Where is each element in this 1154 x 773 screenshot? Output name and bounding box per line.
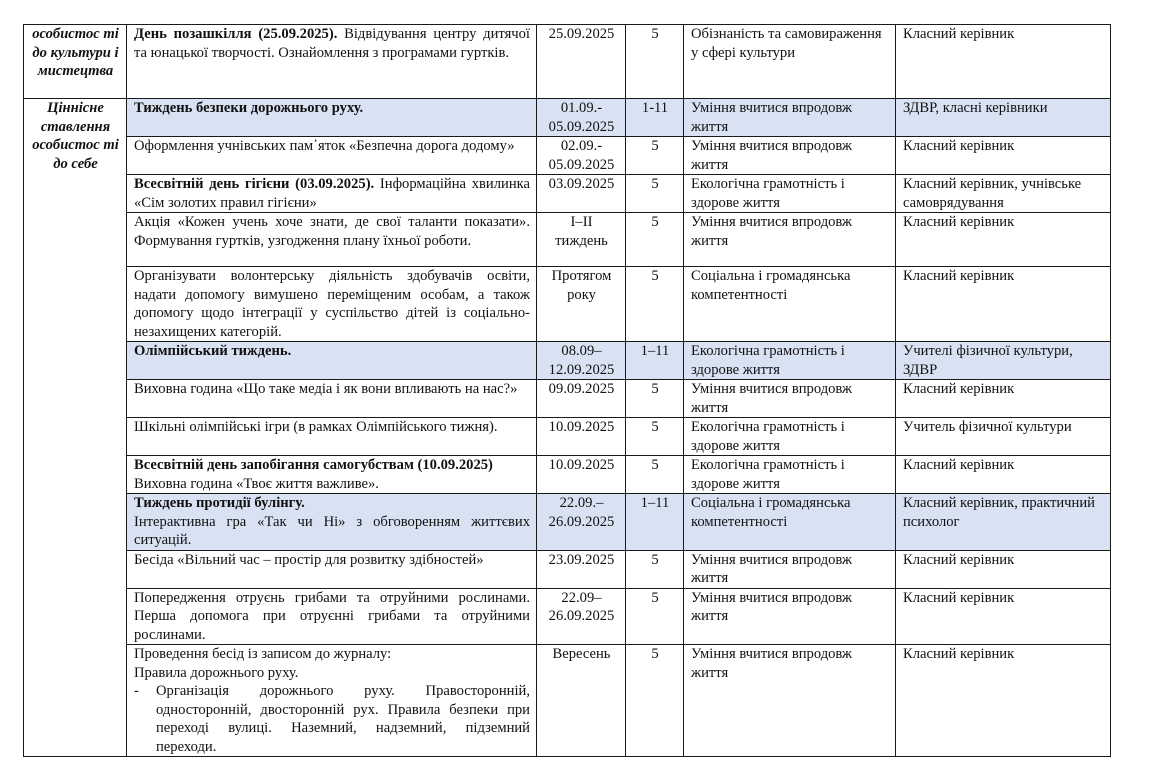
date-cell: 02.09.- 05.09.2025	[537, 137, 626, 175]
table-row: Олімпійський тиждень.08.09– 12.09.20251–…	[24, 342, 1111, 380]
event-text: Акція «Кожен учень хоче знати, де свої т…	[134, 214, 530, 249]
event-text: Попередження отруєнь грибами та отруйним…	[134, 590, 530, 643]
date-cell: 01.09.- 05.09.2025	[537, 99, 626, 137]
event-text: Виховна година «Що таке медіа і як вони …	[134, 381, 517, 397]
event-title: Олімпійський тиждень.	[134, 343, 291, 359]
event-subitem: -Організація дорожнього руху. Правосторо…	[134, 682, 530, 756]
grade-cell: 5	[626, 550, 684, 588]
date-cell: 10.09.2025	[537, 456, 626, 494]
grade-cell: 5	[626, 418, 684, 456]
competence-cell: Екологічна грамотність і здорове життя	[684, 342, 896, 380]
event-cell: Проведення бесід із записом до журналу:П…	[127, 645, 537, 757]
competence-cell: Уміння вчитися впродовж життя	[684, 588, 896, 645]
event-title: Всесвітній день гігієни (03.09.2025).	[134, 176, 374, 192]
competence-cell: Обізнаність та самовираження у сфері кул…	[684, 25, 896, 99]
date-cell: Протягом року	[537, 267, 626, 342]
competence-cell: Уміння вчитися впродовж життя	[684, 550, 896, 588]
table-row: Тиждень протидії булінгу.Інтерактивна гр…	[24, 494, 1111, 551]
date-cell: 08.09– 12.09.2025	[537, 342, 626, 380]
grade-cell: 1–11	[626, 494, 684, 551]
competence-cell: Уміння вчитися впродовж життя	[684, 213, 896, 267]
table-row: Шкільні олімпійські ігри (в рамках Олімп…	[24, 418, 1111, 456]
responsible-cell: Класний керівник	[896, 588, 1111, 645]
table-row: Проведення бесід із записом до журналу:П…	[24, 645, 1111, 757]
date-cell: 23.09.2025	[537, 550, 626, 588]
responsible-cell: Класний керівник	[896, 25, 1111, 99]
grade-cell: 5	[626, 267, 684, 342]
table-row: Оформлення учнівських пам᾿яток «Безпечна…	[24, 137, 1111, 175]
event-title: Тиждень безпеки дорожнього руху.	[134, 100, 363, 116]
category-cell: Ціннісне ставлення особистос ті до себе	[24, 99, 127, 757]
event-cell: День позашкілля (25.09.2025). Відвідуван…	[127, 25, 537, 99]
responsible-cell: Класний керівник	[896, 213, 1111, 267]
event-text: Шкільні олімпійські ігри (в рамках Олімп…	[134, 419, 498, 435]
event-text: Організувати волонтерську діяльність здо…	[134, 268, 530, 340]
event-cell: Шкільні олімпійські ігри (в рамках Олімп…	[127, 418, 537, 456]
dash-bullet: -	[134, 682, 156, 701]
competence-cell: Екологічна грамотність і здорове життя	[684, 456, 896, 494]
grade-cell: 5	[626, 213, 684, 267]
responsible-cell: Класний керівник, практичний психолог	[896, 494, 1111, 551]
event-cell: Попередження отруєнь грибами та отруйним…	[127, 588, 537, 645]
grade-cell: 1-11	[626, 99, 684, 137]
grade-cell: 5	[626, 175, 684, 213]
event-title: Всесвітній день запобігання самогубствам…	[134, 457, 493, 473]
event-text: Інтерактивна гра «Так чи Ні» з обговорен…	[134, 514, 530, 549]
table-row: Акція «Кожен учень хоче знати, де свої т…	[24, 213, 1111, 267]
date-cell: 25.09.2025	[537, 25, 626, 99]
competence-cell: Уміння вчитися впродовж життя	[684, 645, 896, 757]
table-row: Всесвітній день запобігання самогубствам…	[24, 456, 1111, 494]
competence-cell: Соціальна і громадянська компетентності	[684, 494, 896, 551]
grade-cell: 5	[626, 588, 684, 645]
competence-cell: Уміння вчитися впродовж життя	[684, 380, 896, 418]
event-cell: Тиждень протидії булінгу.Інтерактивна гр…	[127, 494, 537, 551]
event-cell: Тиждень безпеки дорожнього руху.	[127, 99, 537, 137]
date-cell: 03.09.2025	[537, 175, 626, 213]
responsible-cell: ЗДВР, класні керівники	[896, 99, 1111, 137]
table-row: Бесіда «Вільний час – простір для розвит…	[24, 550, 1111, 588]
responsible-cell: Класний керівник	[896, 645, 1111, 757]
event-text: Проведення бесід із записом до журналу:	[134, 646, 391, 662]
event-cell: Оформлення учнівських пам᾿яток «Безпечна…	[127, 137, 537, 175]
grade-cell: 1–11	[626, 342, 684, 380]
responsible-cell: Класний керівник	[896, 137, 1111, 175]
event-cell: Організувати волонтерську діяльність здо…	[127, 267, 537, 342]
table-row: Виховна година «Що таке медіа і як вони …	[24, 380, 1111, 418]
event-text: Виховна година «Твоє життя важливе».	[134, 476, 379, 492]
education-plan-table: особистос ті до культури і мистецтваДень…	[23, 24, 1111, 757]
category-cell: особистос ті до культури і мистецтва	[24, 25, 127, 99]
responsible-cell: Учителі фізичної культури, ЗДВР	[896, 342, 1111, 380]
event-cell: Виховна година «Що таке медіа і як вони …	[127, 380, 537, 418]
date-cell: Вересень	[537, 645, 626, 757]
grade-cell: 5	[626, 137, 684, 175]
event-title: Тиждень протидії булінгу.	[134, 495, 305, 511]
event-text: Оформлення учнівських пам᾿яток «Безпечна…	[134, 138, 515, 154]
table-row: Ціннісне ставлення особистос ті до себеТ…	[24, 99, 1111, 137]
event-cell: Олімпійський тиждень.	[127, 342, 537, 380]
responsible-cell: Класний керівник	[896, 550, 1111, 588]
responsible-cell: Класний керівник	[896, 267, 1111, 342]
table-row: Організувати волонтерську діяльність здо…	[24, 267, 1111, 342]
competence-cell: Екологічна грамотність і здорове життя	[684, 175, 896, 213]
grade-cell: 5	[626, 645, 684, 757]
event-cell: Всесвітній день запобігання самогубствам…	[127, 456, 537, 494]
date-cell: 22.09– 26.09.2025	[537, 588, 626, 645]
date-cell: I–II тиждень	[537, 213, 626, 267]
event-cell: Бесіда «Вільний час – простір для розвит…	[127, 550, 537, 588]
event-cell: Всесвітній день гігієни (03.09.2025). Ін…	[127, 175, 537, 213]
event-cell: Акція «Кожен учень хоче знати, де свої т…	[127, 213, 537, 267]
responsible-cell: Класний керівник, учнівське самоврядуван…	[896, 175, 1111, 213]
table-row: особистос ті до культури і мистецтваДень…	[24, 25, 1111, 99]
competence-cell: Соціальна і громадянська компетентності	[684, 267, 896, 342]
responsible-cell: Класний керівник	[896, 456, 1111, 494]
competence-cell: Уміння вчитися впродовж життя	[684, 99, 896, 137]
grade-cell: 5	[626, 380, 684, 418]
table-row: Всесвітній день гігієни (03.09.2025). Ін…	[24, 175, 1111, 213]
grade-cell: 5	[626, 456, 684, 494]
responsible-cell: Учитель фізичної культури	[896, 418, 1111, 456]
date-cell: 10.09.2025	[537, 418, 626, 456]
grade-cell: 5	[626, 25, 684, 99]
event-subitem-text: Організація дорожнього руху. Правосторон…	[156, 683, 530, 755]
event-text-line2: Правила дорожнього руху.	[134, 665, 298, 681]
event-text: Бесіда «Вільний час – простір для розвит…	[134, 552, 484, 568]
table-row: Попередження отруєнь грибами та отруйним…	[24, 588, 1111, 645]
event-title: День позашкілля (25.09.2025).	[134, 26, 337, 42]
responsible-cell: Класний керівник	[896, 380, 1111, 418]
competence-cell: Уміння вчитися впродовж життя	[684, 137, 896, 175]
date-cell: 22.09.– 26.09.2025	[537, 494, 626, 551]
competence-cell: Екологічна грамотність і здорове життя	[684, 418, 896, 456]
date-cell: 09.09.2025	[537, 380, 626, 418]
